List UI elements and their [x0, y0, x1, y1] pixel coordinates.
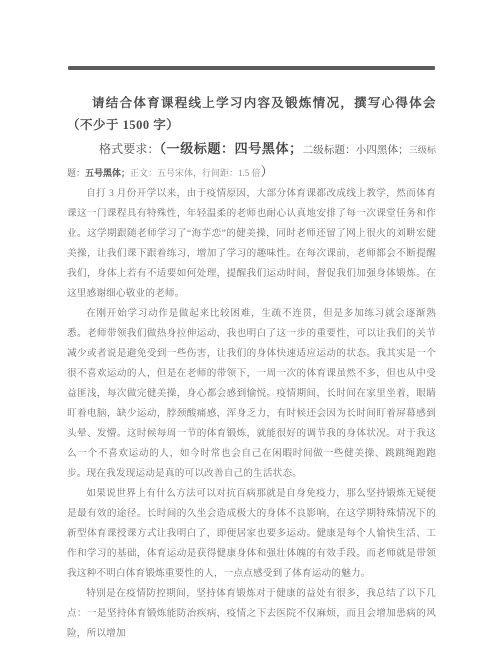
essay-paragraph-4: 特别是在疫情防控期间，坚持体育锻炼对于健康的益处有很多，我总结了以下几点：一是坚… — [67, 584, 436, 644]
format-close-paren: ） — [261, 164, 274, 179]
format-level2-spec: 二级标题：小四黑体； — [303, 145, 409, 156]
divider-bar — [68, 66, 435, 70]
format-level1-spec: （一级标题：四号黑体； — [160, 141, 303, 156]
essay-paragraph-3: 如果说世界上有什么方法可以对抗百病那就是自身免疫力，那么坚持锻炼无疑便是最有效的… — [67, 484, 436, 584]
format-level3-spec-continued: 五号黑体； — [85, 168, 130, 178]
essay-prompt: 请结合体育课程线上学习内容及锻炼情况，撰写心得体会（不少于 1500 字） — [67, 92, 436, 136]
format-body-spec: 正文：五号宋体，行间距：1.5 倍 — [130, 168, 261, 178]
essay-paragraph-1: 自打 3 月份开学以来，由于疫情原因，大部分体育课都改成线上教学，然而体育课这一… — [67, 184, 436, 304]
essay-body: 自打 3 月份开学以来，由于疫情原因，大部分体育课都改成线上教学，然而体育课这一… — [67, 184, 436, 644]
essay-paragraph-2: 在刚开始学习动作是做起来比较困难，生疏不连贯，但是多加练习就会逐渐熟悉。老师带领… — [67, 304, 436, 484]
format-requirements: 格式要求：（一级标题：四号黑体；二级标题：小四黑体；三级标题：五号黑体；正文：五… — [67, 138, 436, 184]
format-requirements-label: 格式要求： — [99, 142, 160, 156]
document-page: 请结合体育课程线上学习内容及锻炼情况，撰写心得体会（不少于 1500 字） 格式… — [0, 0, 500, 652]
